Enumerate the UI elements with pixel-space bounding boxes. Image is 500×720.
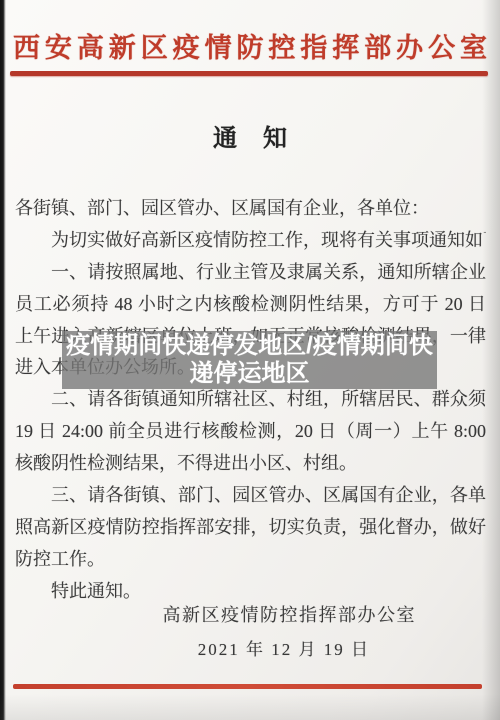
footer-red-rule xyxy=(13,684,482,689)
scanned-notice-document: 西安高新区疫情防控指挥部办公室 通 知 各街镇、部门、园区管办、区属国有企业，各… xyxy=(0,0,500,720)
notice-text-line: 一、请按照属地、行业主管及隶属关系，通知所辖企业所有 xyxy=(15,257,486,289)
caption-line-1: 疫情期间快递停发地区/疫情期间快 xyxy=(66,332,433,360)
signature-office: 高新区疫情防控指挥部办公室 xyxy=(163,601,417,627)
caption-overlay: 疫情期间快递停发地区/疫情期间快 递停运地区 xyxy=(62,331,437,389)
notice-text-line: 员工必须持 48 小时之内核酸检测阴性结果，方可于 20 日（周一） xyxy=(15,289,486,321)
notice-text-line: 照高新区疫情防控指挥部安排，切实负责，强化督办，做好疫情 xyxy=(15,512,486,544)
scan-left-edge xyxy=(0,0,6,720)
letterhead-title: 西安高新区疫情防控指挥部办公室 xyxy=(13,26,487,65)
scan-bottom-edge-shadow xyxy=(0,694,500,720)
notice-title: 通 知 xyxy=(0,118,500,153)
notice-text-line: 核酸阴性检测结果，不得进出小区、村组。 xyxy=(15,448,486,480)
notice-text-line: 防控工作。 xyxy=(15,544,486,576)
notice-text-line: 为切实做好高新区疫情防控工作，现将有关事项通知如下： xyxy=(15,225,486,257)
notice-text-line: 二、请各街镇通知所辖社区、村组，所辖居民、群众须于 xyxy=(15,384,486,416)
caption-line-2: 递停运地区 xyxy=(190,360,310,388)
notice-text-line: 各街镇、部门、园区管办、区属国有企业，各单位： xyxy=(15,193,486,225)
notice-body: 各街镇、部门、园区管办、区属国有企业，各单位：为切实做好高新区疫情防控工作，现将… xyxy=(15,193,486,608)
signature-date: 2021 年 12 月 19 日 xyxy=(198,635,370,660)
letterhead-red-rule xyxy=(10,71,488,76)
notice-text-line: 19 日 24:00 前全员进行核酸检测，20 日（周一）上午 8:00 无 xyxy=(15,416,486,448)
notice-text-line: 三、请各街镇、部门、园区管办、区属国有企业，各单位按 xyxy=(15,480,486,512)
